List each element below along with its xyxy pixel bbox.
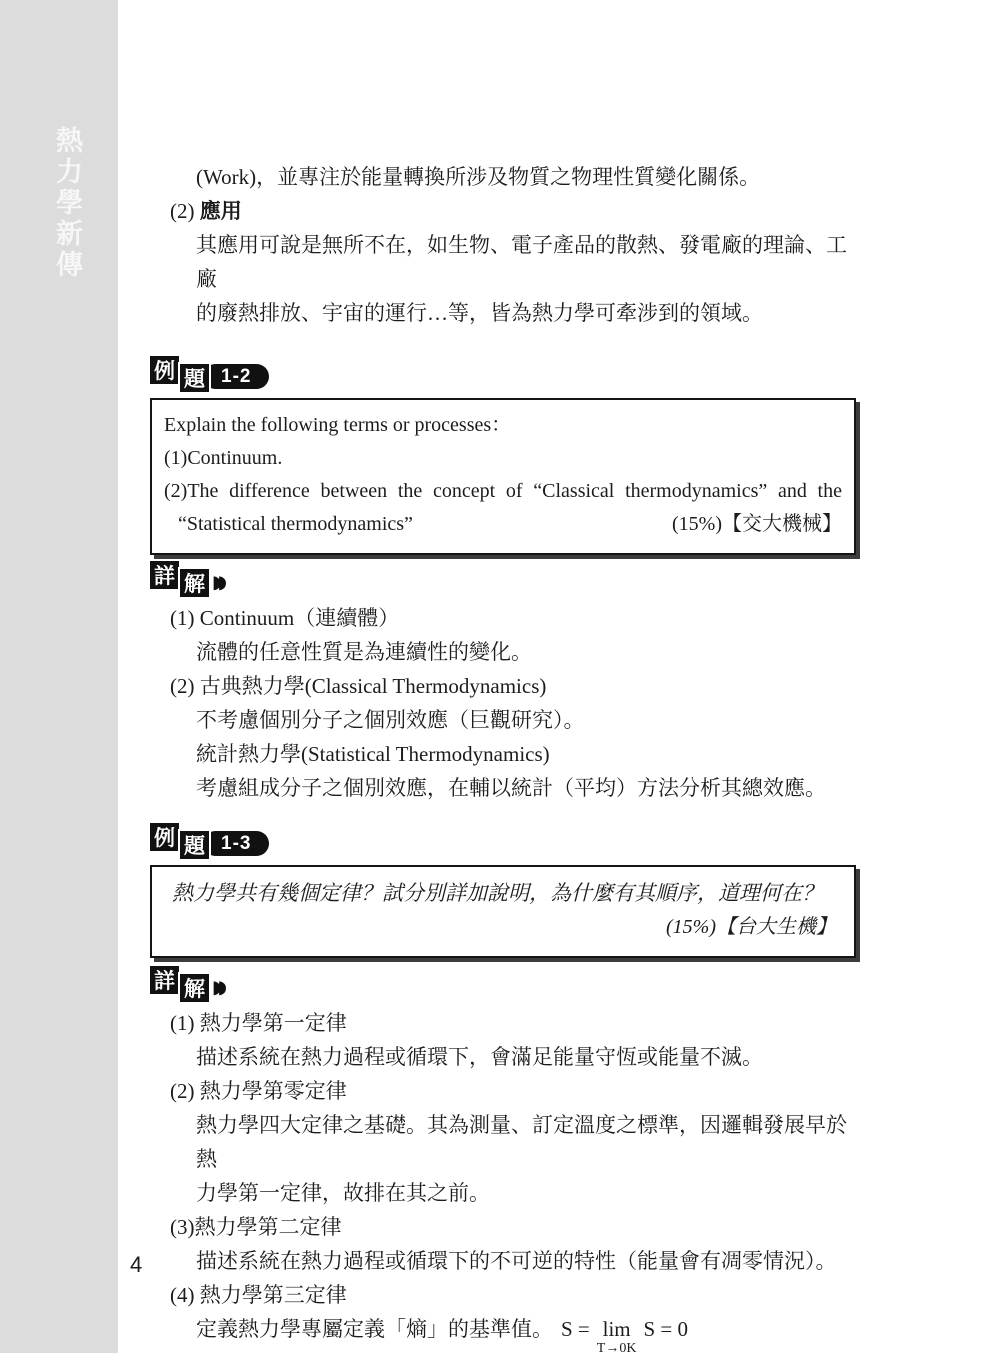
page-binding-strip: 熱力學新傳 [0, 0, 118, 1353]
example-1-2-badge: 例 題 1-2 [150, 356, 856, 394]
solution-1-3-badge: 詳 解 ◗◗ [150, 966, 856, 1004]
intro-line: 的廢熱排放、宇宙的運行…等，皆為熱力學可牽涉到的領域。 [150, 296, 856, 330]
intro-line: (Work)，並專注於能量轉換所涉及物質之物理性質變化關係。 [150, 160, 856, 194]
solution-line-with-formula: 定義熱力學專屬定義「熵」的基準值。 S = lim T→0K S = 0 [150, 1312, 856, 1353]
item-label: 應用 [200, 199, 242, 223]
solution-1-2-badge: 詳 解 ◗◗ [150, 561, 856, 599]
example-badge-char-2: 題 [180, 831, 209, 859]
question-score: (15%)【台大生機】 [164, 910, 842, 944]
solution-line: 描述系統在熱力過程或循環下的不可逆的特性（能量會有凋零情況）。 [150, 1244, 856, 1278]
solution-line: 統計熱力學(Statistical Thermodynamics) [150, 737, 856, 771]
item-number: (2) [170, 199, 195, 223]
solution-line: 不考慮個別分子之個別效應（巨觀研究）。 [150, 703, 856, 737]
solution-line: 流體的任意性質是為連續性的變化。 [150, 635, 856, 669]
question-line: “Statistical thermodynamics” [164, 508, 413, 541]
question-line: (1)Continuum. [164, 442, 842, 475]
entropy-limit-formula: S = lim T→0K S = 0 [561, 1312, 688, 1353]
double-arrow-icon: ◗◗ [212, 977, 223, 998]
example-1-3-badge: 例 題 1-3 [150, 823, 856, 861]
solution-line: (2) 熱力學第零定律 [150, 1074, 856, 1108]
solution-badge-char-1: 詳 [150, 966, 179, 994]
solution-line: (1) Continuum（連續體） [150, 601, 856, 635]
example-badge-char-1: 例 [150, 823, 179, 851]
solution-line: 力學第一定律，故排在其之前。 [150, 1176, 856, 1210]
solution-line: 定義熱力學專屬定義「熵」的基準值。 [196, 1312, 553, 1346]
example-1-2-question-box: Explain the following terms or processes… [150, 398, 856, 555]
page-content: (Work)，並專注於能量轉換所涉及物質之物理性質變化關係。 (2) 應用 其應… [150, 0, 856, 1353]
page-number: 4 [130, 1252, 142, 1278]
intro-line: 其應用可說是無所不在，如生物、電子產品的散熱、發電廠的理論、工廠 [150, 228, 856, 296]
example-1-3-question-box: 熱力學共有幾個定律？試分別詳加說明，為什麼有其順序，道理何在？ (15%)【台大… [150, 865, 856, 958]
question-line: 熱力學共有幾個定律？試分別詳加說明，為什麼有其順序，道理何在？ [164, 876, 842, 910]
solution-line: 描述系統在熱力過程或循環下，會滿足能量守恆或能量不滅。 [150, 1040, 856, 1074]
book-title-vertical: 熱力學新傳 [50, 126, 84, 281]
solution-badge-char-2: 解 [180, 974, 209, 1002]
question-line: Explain the following terms or processes… [164, 409, 842, 442]
solution-badge-char-2: 解 [180, 569, 209, 597]
limit-condition: T→0K [597, 1342, 637, 1353]
solution-line: (3)熱力學第二定律 [150, 1210, 856, 1244]
limit-operator: lim T→0K [597, 1319, 637, 1353]
example-number-pill: 1-2 [203, 364, 269, 389]
solution-line: (4) 熱力學第三定律 [150, 1278, 856, 1312]
formula-rhs: S = 0 [643, 1312, 688, 1346]
question-score: (15%)【交大機械】 [672, 508, 842, 541]
example-badge-char-1: 例 [150, 356, 179, 384]
solution-line: 熱力學四大定律之基礎。其為測量、訂定溫度之標準，因邏輯發展早於熱 [150, 1108, 856, 1176]
solution-line: (2) 古典熱力學(Classical Thermodynamics) [150, 669, 856, 703]
lim-symbol: lim [603, 1319, 631, 1340]
solution-line: 考慮組成分子之個別效應，在輔以統計（平均）方法分析其總效應。 [150, 771, 856, 805]
intro-section: (Work)，並專注於能量轉換所涉及物質之物理性質變化關係。 (2) 應用 其應… [150, 160, 856, 330]
double-arrow-icon: ◗◗ [212, 572, 223, 593]
solution-line: (1) 熱力學第一定律 [150, 1006, 856, 1040]
book-page: 熱力學新傳 (Work)，並專注於能量轉換所涉及物質之物理性質變化關係。 (2)… [0, 0, 1000, 1353]
solution-1-2-text: (1) Continuum（連續體） 流體的任意性質是為連續性的變化。 (2) … [150, 601, 856, 805]
example-number-pill: 1-3 [203, 831, 269, 856]
solution-badge-char-1: 詳 [150, 561, 179, 589]
solution-1-3-text: (1) 熱力學第一定律 描述系統在熱力過程或循環下，會滿足能量守恆或能量不滅。 … [150, 1006, 856, 1353]
question-line: (2)The difference between the concept of… [164, 475, 842, 508]
formula-lhs: S = [561, 1312, 590, 1346]
example-badge-char-2: 題 [180, 364, 209, 392]
question-last-row: “Statistical thermodynamics” (15%)【交大機械】 [164, 508, 842, 541]
intro-item-heading: (2) 應用 [150, 194, 856, 228]
